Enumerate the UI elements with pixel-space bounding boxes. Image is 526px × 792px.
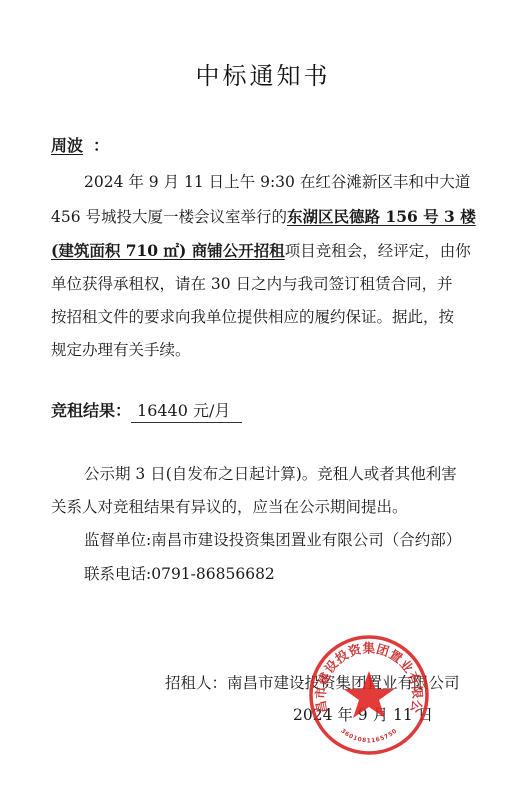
body-line-3-suffix: 项目竞租会，经评定，由你: [285, 242, 471, 260]
body-line-2: 456 号城投大厦一楼会议室举行的东湖区民德路 156 号 3 楼: [51, 205, 476, 227]
contact-line: 联系电话:0791-86856682: [84, 562, 275, 584]
notice-page: 中标通知书 周波： 2024 年 9 月 11 日上午 9:30 在红谷滩新区丰…: [0, 0, 526, 792]
body-line-4: 单位获得承租权，请在 30 日之内与我司签订租赁合同，并: [51, 272, 453, 294]
body-line-2-prefix: 456 号城投大厦一楼会议室举行的: [51, 208, 287, 226]
property-description: (建筑面积 710 ㎡) 商铺公开招租: [51, 241, 285, 260]
recipient-name: 周波: [51, 136, 93, 155]
notice-line-2: 关系人对竞租结果有异议的，应当在公示期间提出。: [51, 495, 408, 517]
signatory-line: 招租人：南昌市建设投资集团置业有限公司: [165, 671, 460, 693]
bid-result-value: 16440 元/月: [131, 398, 242, 423]
property-address: 东湖区民德路 156 号 3 楼: [287, 207, 476, 226]
body-line-6: 规定办理有关手续。: [51, 338, 191, 360]
body-line-5: 按招租文件的要求向我单位提供相应的履约保证。据此，按: [51, 305, 454, 327]
recipient-colon: ：: [93, 136, 109, 155]
notice-line-1: 公示期 3 日(自发布之日起计算)。竞租人或者其他利害: [84, 462, 457, 484]
body-line-1: 2024 年 9 月 11 日上午 9:30 在红谷滩新区丰和中大道: [84, 170, 470, 192]
bid-result-label: 竞租结果：: [51, 401, 131, 420]
document-title: 中标通知书: [0, 56, 526, 91]
signature-date: 2024 年 9 月 11 日: [293, 703, 433, 725]
company-seal-icon: 南昌市建设投资集团置业有限公司 3601081165750: [307, 633, 431, 757]
svg-text:3601081165750: 3601081165750: [339, 727, 398, 744]
bid-result: 竞租结果：16440 元/月: [51, 398, 242, 423]
supervisor-line: 监督单位:南昌市建设投资集团置业有限公司（合约部）: [84, 528, 461, 550]
body-line-3: (建筑面积 710 ㎡) 商铺公开招租项目竞租会，经评定，由你: [51, 239, 471, 261]
seal-code: 3601081165750: [339, 727, 398, 744]
recipient-line: 周波：: [51, 133, 109, 156]
